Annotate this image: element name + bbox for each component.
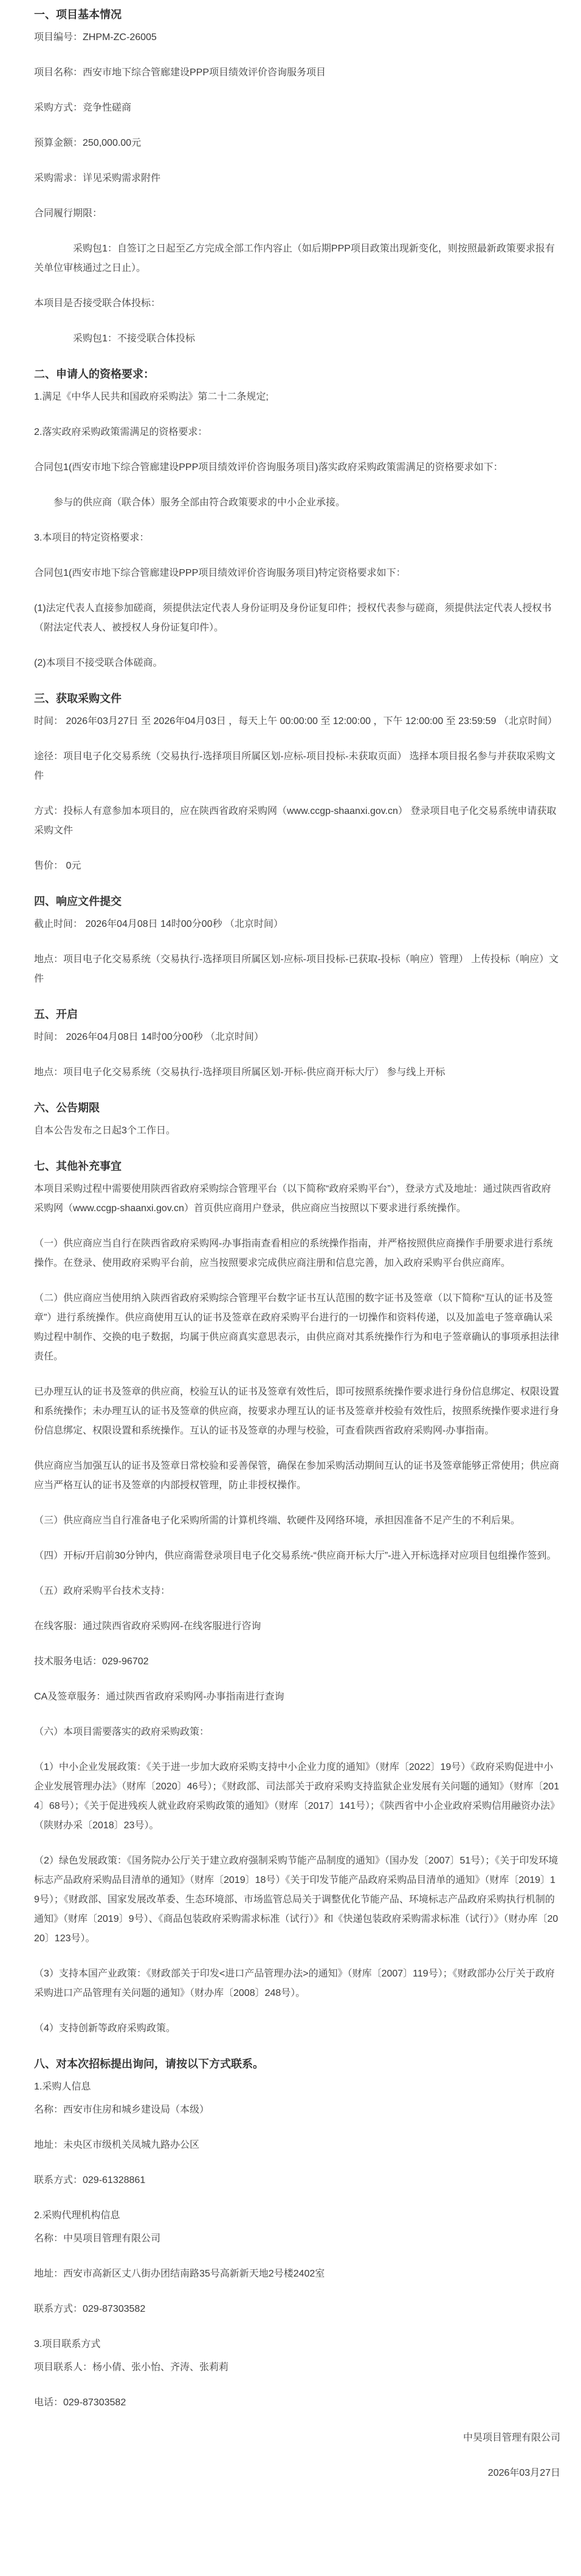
- section-heading-obtain-documents: 三、获取采购文件: [34, 689, 560, 708]
- project-contact-label: 3.项目联系方式: [34, 2335, 560, 2354]
- procurement-announcement-page: 一、项目基本情况 项目编号：ZHPM-ZC-26005 项目名称：西安市地下综合…: [0, 0, 581, 2576]
- announcement-period-text: 自本公告发布之日起3个工作日。: [34, 1121, 560, 1141]
- field-project-name: 项目名称：西安市地下综合管廊建设PPP项目绩效评价咨询服务项目: [34, 63, 560, 83]
- other-matters-note-2: （二）供应商应当使用纳入陕西省政府采购综合管理平台数字证书互认范围的数字证书及签…: [34, 1289, 560, 1367]
- section-heading-opening: 五、开启: [34, 1005, 560, 1024]
- field-joint-bid-package1: 采购包1：不接受联合体投标: [34, 329, 560, 349]
- qualification-sme-note: 参与的供应商（联合体）服务全部由符合政策要求的中小企业承接。: [34, 493, 560, 513]
- other-matters-note-5-support: （五）政府采购平台技术支持：: [34, 1582, 560, 1601]
- other-matters-note-3: （三）供应商应当自行准备电子化采购所需的计算机终端、软硬件及网络环境，承担因准备…: [34, 1511, 560, 1531]
- section-heading-contact: 八、对本次招标提出询问，请按以下方式联系。: [34, 2054, 560, 2074]
- support-ca-service: CA及签章服务：通过陕西省政府采购网-办事指南进行查询: [34, 1687, 560, 1707]
- obtain-price: 售价： 0元: [34, 856, 560, 876]
- other-matters-note-2-handled: 已办理互认的证书及签章的供应商，校验互认的证书及签章有效性后，即可按照系统操作要…: [34, 1382, 560, 1441]
- footer-company: 中昊项目管理有限公司: [34, 2428, 560, 2448]
- specific-requirement-2: (2)本项目不接受联合体磋商。: [34, 654, 560, 673]
- qualification-item-1: 1.满足《中华人民共和国政府采购法》第二十二条规定;: [34, 388, 560, 407]
- policy-green: （2）绿色发展政策：《国务院办公厅关于建立政府强制采购节能产品制度的通知》（国办…: [34, 1851, 560, 1949]
- opening-time: 时间： 2026年04月08日 14时00分00秒 （北京时间）: [34, 1028, 560, 1047]
- qualification-item-2: 2.落实政府采购政策需满足的资格要求：: [34, 423, 560, 442]
- field-contract-period-package1: 采购包1：自签订之日起至乙方完成全部工作内容止（如后期PPP项目政策出现新变化，…: [34, 239, 560, 278]
- agency-contact: 联系方式：029-87303582: [34, 2300, 560, 2319]
- qualification-item-3: 3.本项目的特定资格要求：: [34, 528, 560, 548]
- specific-requirement-1: (1)法定代表人直接参加磋商，须提供法定代表人身份证明及身份证复印件；授权代表参…: [34, 599, 560, 638]
- section-heading-response-submission: 四、响应文件提交: [34, 892, 560, 911]
- agency-name: 名称：中昊项目管理有限公司: [34, 2229, 560, 2249]
- submission-location: 地点：项目电子化交易系统（交易执行-选择项目所属区划-应标-项目投标-已获取-投…: [34, 950, 560, 989]
- field-procurement-demand: 采购需求：详见采购需求附件: [34, 169, 560, 188]
- field-budget-amount: 预算金额：250,000.00元: [34, 134, 560, 153]
- section-heading-applicant-qualification: 二、申请人的资格要求：: [34, 364, 560, 384]
- policy-domestic: （3）支持本国产业政策：《财政部关于印发<进口产品管理办法>的通知》（财库〔20…: [34, 1964, 560, 2003]
- purchaser-info-label: 1.采购人信息: [34, 2077, 560, 2097]
- other-matters-note-1: （一）供应商应当自行在陕西省政府采购网-办事指南查看相应的系统操作指南，并严格按…: [34, 1234, 560, 1273]
- field-project-number: 项目编号：ZHPM-ZC-26005: [34, 28, 560, 47]
- purchaser-address: 地址：未央区市级机关凤城九路办公区: [34, 2136, 560, 2155]
- section-heading-basic-info: 一、项目基本情况: [34, 5, 560, 24]
- field-joint-bid-label: 本项目是否接受联合体投标：: [34, 294, 560, 313]
- qualification-package1-specific: 合同包1(西安市地下综合管廊建设PPP项目绩效评价咨询服务项目)特定资格要求如下…: [34, 564, 560, 583]
- field-contract-period-label: 合同履行期限：: [34, 204, 560, 224]
- obtain-time: 时间： 2026年03月27日 至 2026年04月03日 ，每天上午 00:0…: [34, 712, 560, 731]
- project-contact-phone: 电话：029-87303582: [34, 2393, 560, 2413]
- other-matters-note-2-keep: 供应商应当加强互认的证书及签章日常校验和妥善保管，确保在参加采购活动期间互认的证…: [34, 1457, 560, 1495]
- policy-sme: （1）中小企业发展政策：《关于进一步加大政府采购支持中小企业力度的通知》（财库〔…: [34, 1758, 560, 1836]
- agency-address: 地址：西安市高新区丈八街办团结南路35号高新新天地2号楼2402室: [34, 2264, 560, 2284]
- other-matters-platform-intro: 本项目采购过程中需要使用陕西省政府采购综合管理平台（以下简称“政府采购平台”），…: [34, 1180, 560, 1218]
- submission-deadline: 截止时间： 2026年04月08日 14时00分00秒 （北京时间）: [34, 915, 560, 934]
- obtain-channel: 途径：项目电子化交易系统（交易执行-选择项目所属区划-应标-项目投标-未获取页面…: [34, 747, 560, 786]
- support-phone: 技术服务电话：029-96702: [34, 1652, 560, 1672]
- opening-location: 地点：项目电子化交易系统（交易执行-选择项目所属区划-开标-供应商开标大厅） 参…: [34, 1063, 560, 1082]
- section-heading-other-matters: 七、其他补充事宜: [34, 1156, 560, 1176]
- section-heading-announcement-period: 六、公告期限: [34, 1098, 560, 1118]
- other-matters-note-6-policies: （六）本项目需要落实的政府采购政策：: [34, 1723, 560, 1742]
- footer-date: 2026年03月27日: [34, 2464, 560, 2483]
- support-online-service: 在线客服：通过陕西省政府采购网-在线客服进行咨询: [34, 1617, 560, 1636]
- other-matters-note-4: （四）开标/开启前30分钟内，供应商需登录项目电子化交易系统-“供应商开标大厅”…: [34, 1546, 560, 1566]
- field-procurement-method: 采购方式：竞争性磋商: [34, 98, 560, 118]
- purchaser-name: 名称：西安市住房和城乡建设局（本级）: [34, 2100, 560, 2120]
- purchaser-contact: 联系方式：029-61328861: [34, 2171, 560, 2190]
- policy-innovation: （4）支持创新等政府采购政策。: [34, 2019, 560, 2038]
- agency-info-label: 2.采购代理机构信息: [34, 2206, 560, 2226]
- obtain-method: 方式：投标人有意参加本项目的，应在陕西省政府采购网（www.ccgp-shaan…: [34, 802, 560, 841]
- project-contact-persons: 项目联系人：杨小倩、张小怡、齐涛、张莉莉: [34, 2358, 560, 2377]
- qualification-package1-policy: 合同包1(西安市地下综合管廊建设PPP项目绩效评价咨询服务项目)落实政府采购政策…: [34, 458, 560, 477]
